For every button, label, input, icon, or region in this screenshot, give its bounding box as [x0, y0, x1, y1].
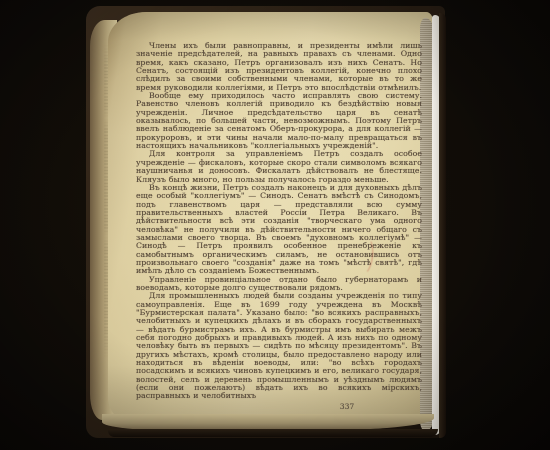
paragraph: Члены ихъ были равноправны, и президенты… — [136, 42, 422, 92]
book-cover-right-edge — [439, 13, 446, 438]
paragraph: Въ концѣ жизни, Петръ создалъ наконецъ и… — [136, 184, 422, 276]
page-number: 337 — [330, 402, 364, 411]
paragraph: Вообще ему приходилось часто исправлять … — [136, 92, 422, 150]
page-text: Члены ихъ были равноправны, и президенты… — [136, 42, 422, 404]
bottom-cover-edge — [108, 429, 438, 437]
photo-background: Члены ихъ были равноправны, и президенты… — [0, 0, 550, 450]
paragraph: Для контроля за управленіемъ Петръ созда… — [136, 150, 422, 183]
paragraph: Управленіе провинціальное отдано было гу… — [136, 276, 422, 293]
paragraph: Для промышленныхъ людей были созданы учр… — [136, 292, 422, 400]
